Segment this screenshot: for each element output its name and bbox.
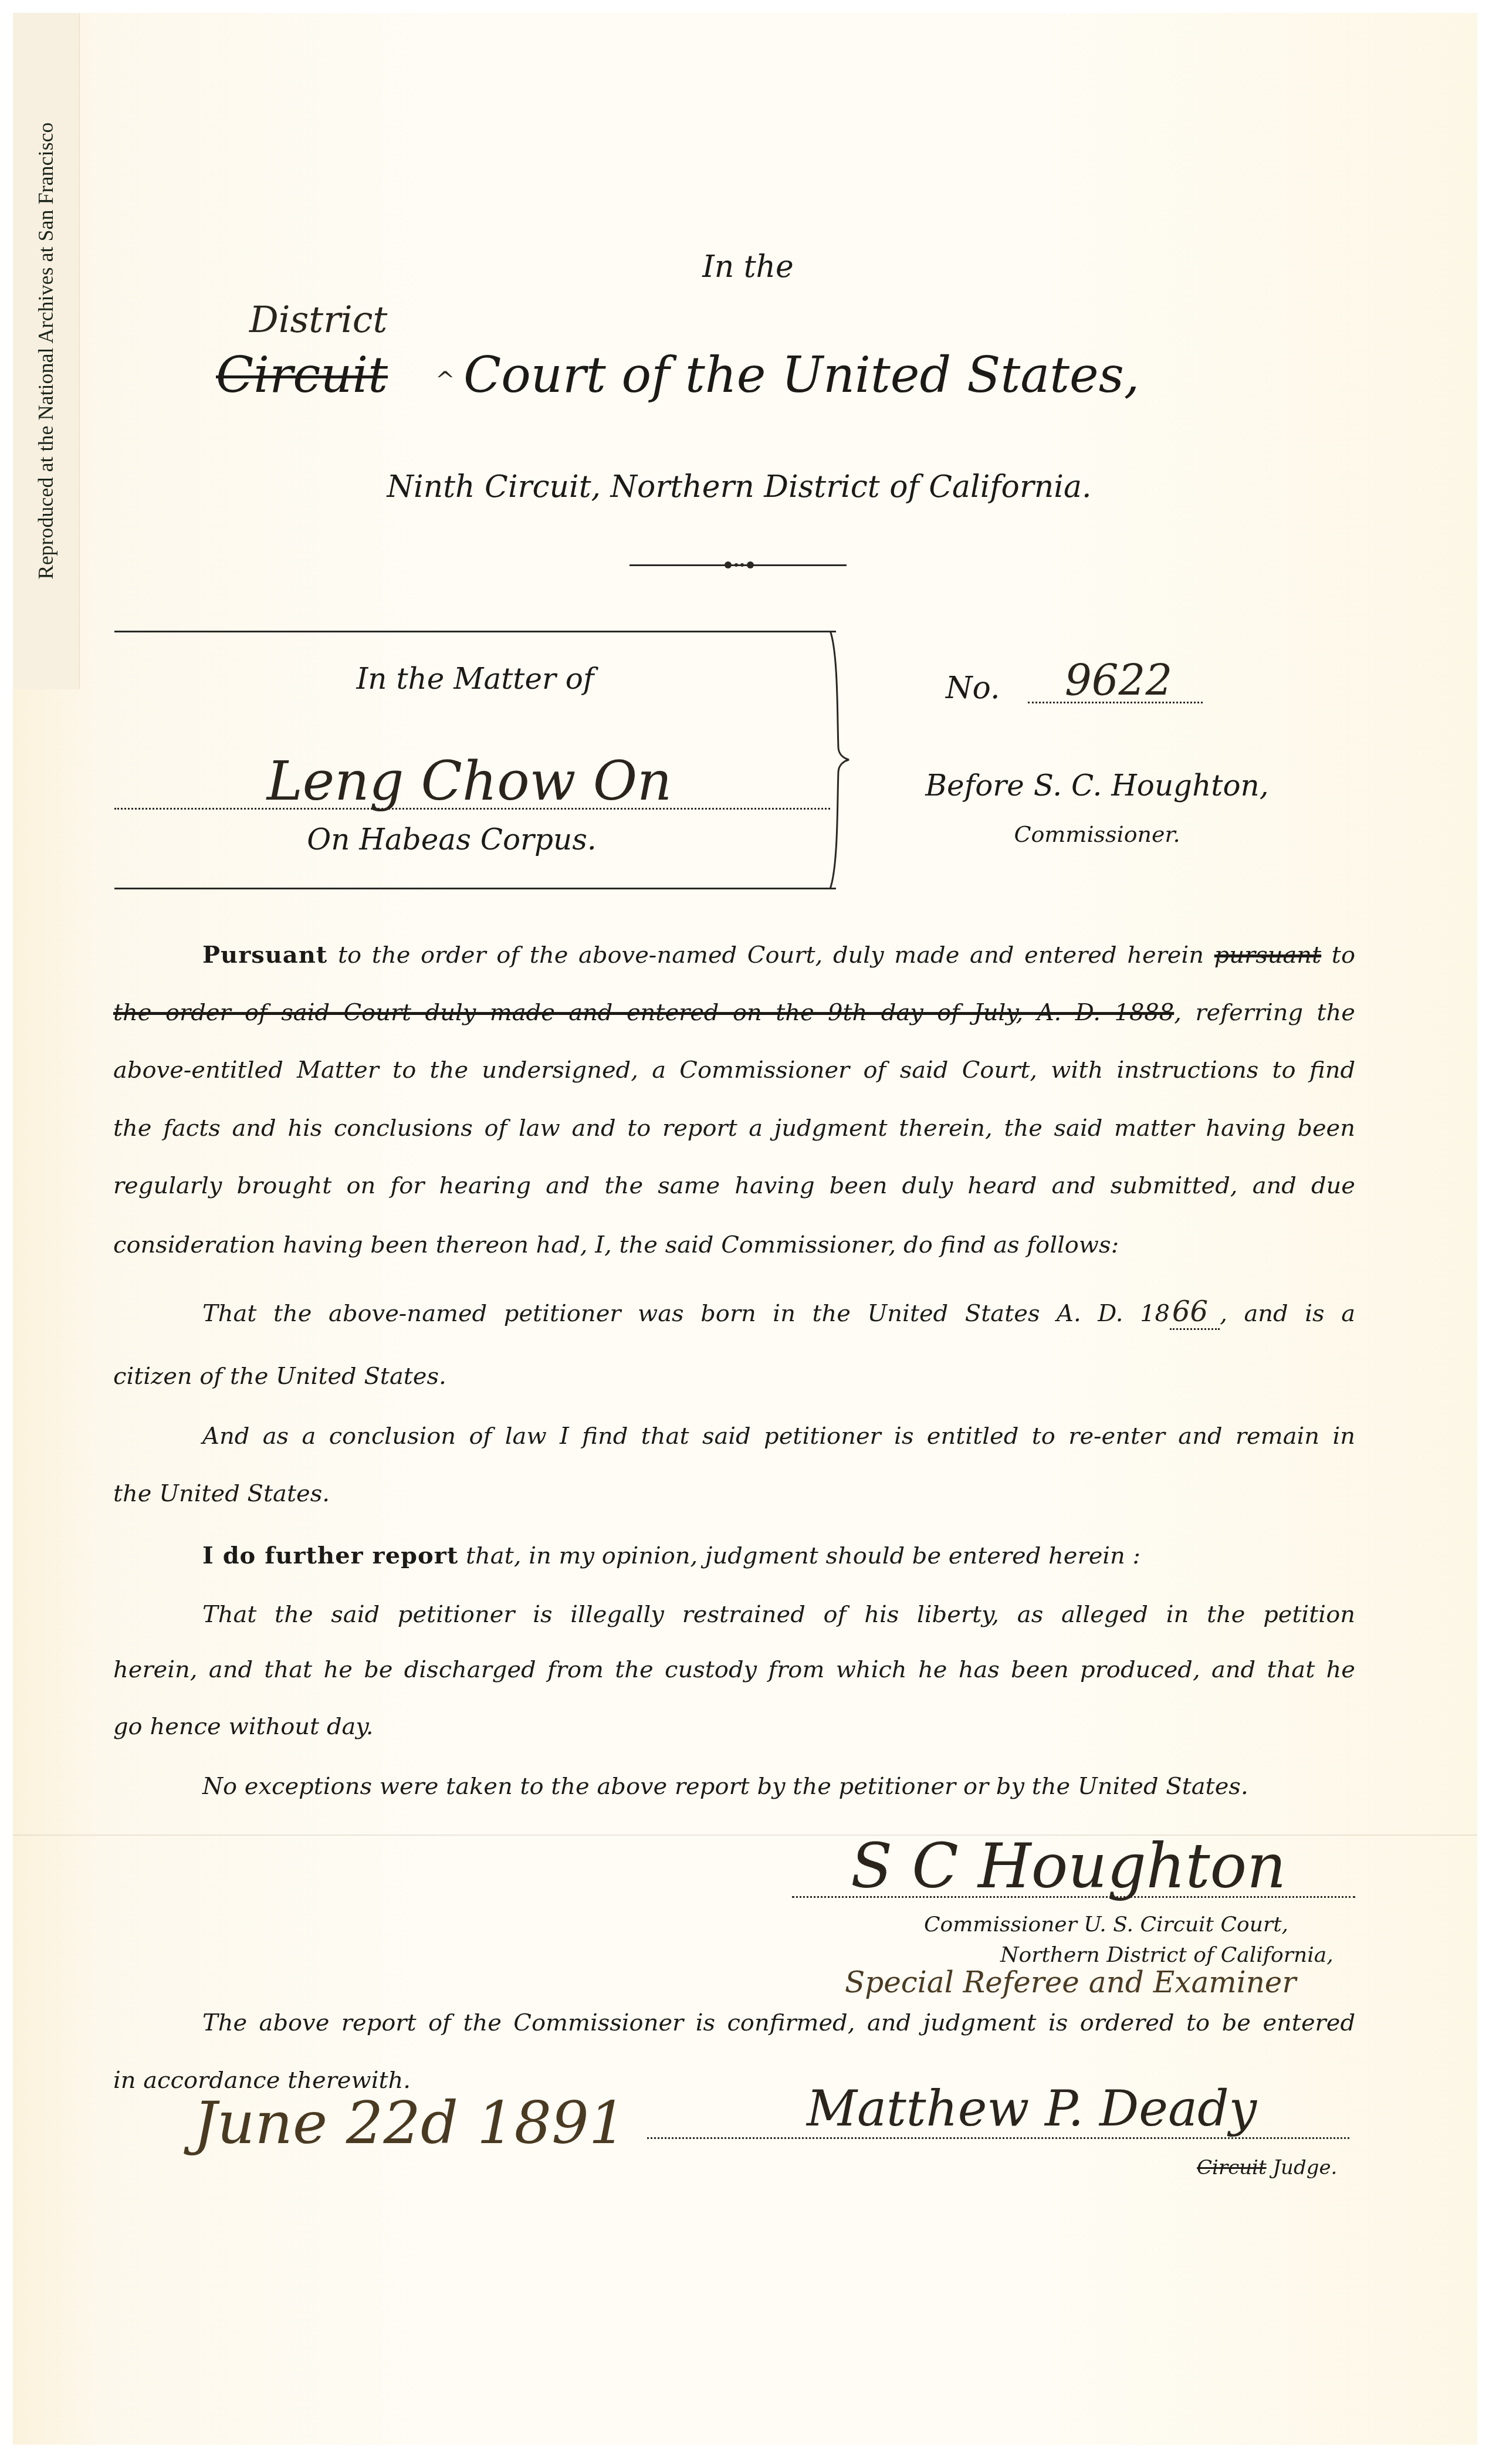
header-in-the: In the: [702, 249, 794, 285]
judge-signature-line: [647, 2137, 1349, 2139]
before-commissioner: Before S. C. Houghton,: [925, 769, 1268, 803]
judge-signature: Matthew P. Deady: [807, 2080, 1257, 2137]
case-number-label: No.: [946, 671, 1000, 706]
in-matter-of-label: In the Matter of: [357, 662, 594, 696]
paragraph-5-line-3: go hence without day.: [113, 1713, 373, 1740]
petitioner-name-handwritten: Leng Chow On: [267, 750, 672, 813]
birth-year-handwritten: 66: [1170, 1295, 1220, 1330]
confirmation-date-handwritten: June 22d 1891: [194, 2089, 626, 2157]
commissioner-title-line-1: Commissioner U. S. Circuit Court,: [924, 1913, 1288, 1937]
court-struck: Circuit: [216, 346, 388, 404]
paragraph-1-line-4: the facts and his conclusions of law and…: [113, 1116, 1355, 1140]
case-number-handwritten: 9622: [1065, 656, 1172, 705]
circuit-district-line: Ninth Circuit, Northern District of Cali…: [387, 469, 1092, 505]
divider-ornament-icon: [723, 560, 755, 570]
pursuant-lead: Pursuant: [202, 941, 327, 969]
paragraph-1-line-3: above-entitled Matter to the undersigned…: [113, 1058, 1355, 1082]
paragraph-2-line-1: That the above-named petitioner was born…: [202, 1300, 1355, 1325]
caret-insert-mark: ^: [435, 367, 455, 394]
paragraph-3-line-1: And as a conclusion of law I find that s…: [202, 1424, 1355, 1448]
commissioner-signature: S C Houghton: [851, 1830, 1286, 1902]
paragraph-1-line-1: Pursuant to the order of the above-named…: [202, 943, 1355, 967]
paragraph-5-line-1: That the said petitioner is illegally re…: [202, 1603, 1355, 1626]
paragraph-4: I do further report that, in my opinion,…: [202, 1542, 1140, 1569]
judge-title: Circuit Judge.: [1197, 2156, 1337, 2179]
caption-brace-icon: [824, 631, 854, 889]
special-referee-handwritten: Special Referee and Examiner: [845, 1965, 1296, 1999]
caption-top-rule: [114, 631, 836, 632]
confirmation-line-1: The above report of the Commissioner is …: [202, 2011, 1355, 2035]
paragraph-3-line-2: the United States.: [113, 1480, 330, 1507]
commissioner-title-line-2: Northern District of California,: [1000, 1943, 1333, 1967]
paragraph-1-line-5: regularly brought on for hearing and the…: [113, 1174, 1355, 1197]
further-report-lead: I do further report: [202, 1542, 458, 1569]
paragraph-1-line-2: the order of said Court duly made and en…: [113, 1001, 1355, 1024]
court-inserted-handwritten: District: [249, 298, 387, 341]
court-title: Court of the United States,: [463, 346, 1140, 404]
caption-bottom-rule: [114, 888, 836, 889]
archive-label: Reproduced at the National Archives at S…: [33, 123, 58, 580]
ornamental-divider: [629, 564, 847, 566]
struck-pursuant: pursuant: [1214, 942, 1321, 969]
paragraph-6: No exceptions were taken to the above re…: [202, 1773, 1248, 1800]
paragraph-5-line-2: herein, and that he be discharged from t…: [113, 1658, 1355, 1681]
struck-prior-order: the order of said Court duly made and en…: [113, 999, 1174, 1026]
commissioner-caption-title: Commissioner.: [1014, 821, 1180, 847]
paragraph-2-line-2: citizen of the United States.: [113, 1363, 446, 1390]
paragraph-1-line-6: consideration having been thereon had, I…: [113, 1231, 1119, 1258]
proceeding-type: On Habeas Corpus.: [307, 823, 596, 857]
struck-circuit: Circuit: [1197, 2156, 1267, 2179]
